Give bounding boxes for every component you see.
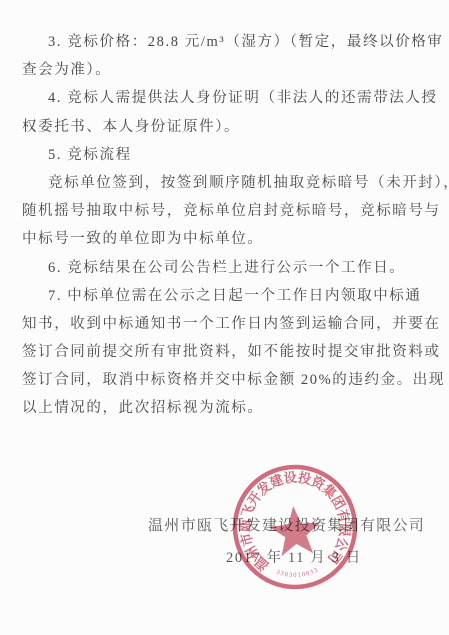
company-seal-stamp: 温州市瓯飞开发建设投资集团有限公司 3303010033 — [208, 440, 381, 613]
text-line: 查会为准）。 — [22, 56, 428, 84]
document-lines: 3. 竞标价格：28.8 元/m³（湿方）（暂定，最终以价格审查会为准）。4. … — [22, 28, 428, 423]
star-icon — [268, 504, 323, 557]
text-line: 3. 竞标价格：28.8 元/m³（湿方）（暂定，最终以价格审 — [22, 28, 428, 56]
text-line: 知书，收到中标通知书一个工作日内签到运输合同，并要在 — [22, 310, 428, 338]
document-page: 3. 竞标价格：28.8 元/m³（湿方）（暂定，最终以价格审查会为准）。4. … — [0, 0, 449, 635]
text-line: 中标号一致的单位即为中标单位。 — [22, 225, 428, 253]
text-line: 权委托书、本人身份证原件）。 — [22, 113, 428, 141]
text-line: 4. 竞标人需提供法人身份证明（非法人的还需带法人授 — [22, 84, 428, 112]
text-line: 6. 竞标结果在公司公告栏上进行公示一个工作日。 — [22, 254, 428, 282]
text-line: 7. 中标单位需在公示之日起一个工作日内领取中标通 — [22, 282, 428, 310]
text-line: 签订合同，取消中标资格并交中标金额 20%的违约金。出现 — [22, 366, 428, 394]
text-line: 竞标单位签到，按签到顺序随机抽取竞标暗号（未开封）， — [22, 169, 428, 197]
text-line: 以上情况的，此次招标视为流标。 — [22, 394, 428, 422]
text-line: 5. 竞标流程 — [22, 141, 428, 169]
text-line: 签订合同前提交所有审批资料，如不能按时提交审批资料或 — [22, 338, 428, 366]
text-line: 随机摇号抽取中标号，竞标单位启封竞标暗号，竞标暗号与 — [22, 197, 428, 225]
seal-serial-number: 3303010033 — [275, 565, 321, 581]
